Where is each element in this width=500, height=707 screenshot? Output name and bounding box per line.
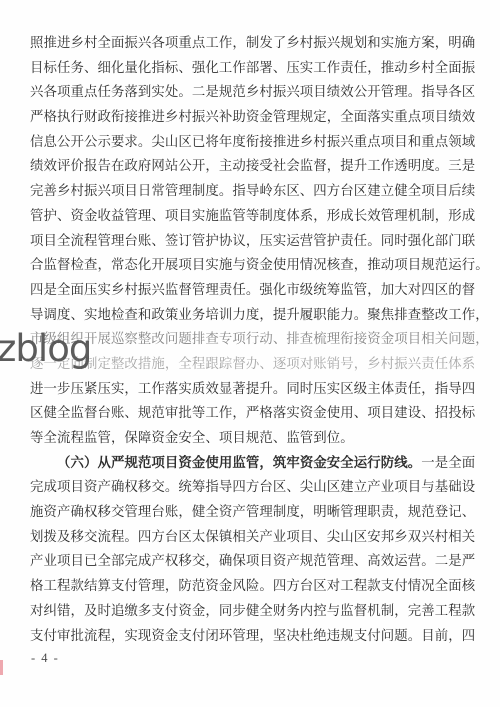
- text-line: 导调度、实地检查和政策业务培训力度，提升履职能力。聚焦排查整改工作，: [30, 303, 471, 328]
- text-line: 四是全面压实乡村振兴监督管理责任。强化市级统筹监管，加大对四区的督: [30, 278, 471, 303]
- text-line: 支付审批流程，实现资金支付闭环管理，坚决杜绝违规支付问题。目前，四: [30, 624, 471, 649]
- text-line: 兴各项重点任务落到实处。二是规范乡村振兴项目绩效公开管理。指导各区: [30, 80, 471, 105]
- section-heading: （六）从严规范项目资金使用监管，筑牢资金安全运行防线。: [57, 455, 421, 470]
- text-line: 市级组织开展巡察整改问题排查专项行动、排查梳理衔接资金项目相关问题，: [30, 327, 471, 352]
- text-line: 施资产确权移交管理台账，健全资产管理制度，明晰管理职责，规范登记、: [30, 500, 471, 525]
- text-line: 照推进乡村全面振兴各项重点工作，制发了乡村振兴规划和实施方案，明确: [30, 31, 471, 56]
- page-number: - 4 -: [31, 651, 59, 666]
- text-line: 完成项目资产确权移交。统筹指导四方台区、尖山区建立产业项目与基础设: [30, 475, 471, 500]
- text-line: 完善乡村振兴项目日常管理制度。指导岭东区、四方台区建立健全项目后续: [30, 179, 471, 204]
- text-line: 格工程款结算支付管理，防范资金风险。四方台区对工程款支付情况全面核: [30, 574, 471, 599]
- text-line: 信息公开公示要求。尖山区已将年度衔接推进乡村振兴重点项目和重点领域: [30, 130, 471, 155]
- text-line: 划拨及移交流程。四方台区太保镇相关产业项目、尖山区安邦乡双兴村相关: [30, 525, 471, 550]
- document-body: 照推进乡村全面振兴各项重点工作，制发了乡村振兴规划和实施方案，明确目标任务、细化…: [30, 31, 471, 648]
- text-line: 对纠错，及时追缴多支付资金，同步健全财务内控与监督机制，完善工程款: [30, 599, 471, 624]
- watermark: zblog: [0, 330, 91, 367]
- text-line: 项目全流程管理台账、签订管护协议，压实运营管护责任。同时强化部门联: [30, 229, 471, 254]
- text-line: 目标任务、细化量化指标、强化工作部署、压实工作责任，推动乡村全面振: [30, 56, 471, 81]
- text-line: 严格执行财政衔接推进乡村振兴补助资金管理规定，全面落实重点项目绩效: [30, 105, 471, 130]
- text-line: 区健全监督台账、规范审批等工作，严格落实资金使用、项目建设、招投标: [30, 401, 471, 426]
- text-line: （六）从严规范项目资金使用监管，筑牢资金安全运行防线。一是全面: [30, 451, 471, 476]
- text-line: 进一步压紧压实，工作落实质效显著提升。同时压实区级主体责任，指导四: [30, 377, 471, 402]
- text-line: 产业项目已全部完成产权移交，确保项目资产规范管理、高效运营。二是严: [30, 549, 471, 574]
- document-page: 照推进乡村全面振兴各项重点工作，制发了乡村振兴规划和实施方案，明确目标任务、细化…: [0, 0, 500, 707]
- scan-artifact-mark: [0, 660, 3, 675]
- text-line: 合监督检查，常态化开展项目实施与资金使用情况核查，推动项目规范运行。: [30, 253, 471, 278]
- text-line: 绩效评价报告在政府网站公开，主动接受社会监督，提升工作透明度。三是: [30, 154, 471, 179]
- text-line: 逐一定向制定整改措施，全程跟踪督办、逐项对账销号，乡村振兴责任体系: [30, 352, 471, 377]
- text-line: 管护、资金收益管理、项目实施监管等制度体系，形成长效管理机制，形成: [30, 204, 471, 229]
- text-line: 等全流程监管，保障资金安全、项目规范、监管到位。: [30, 426, 471, 451]
